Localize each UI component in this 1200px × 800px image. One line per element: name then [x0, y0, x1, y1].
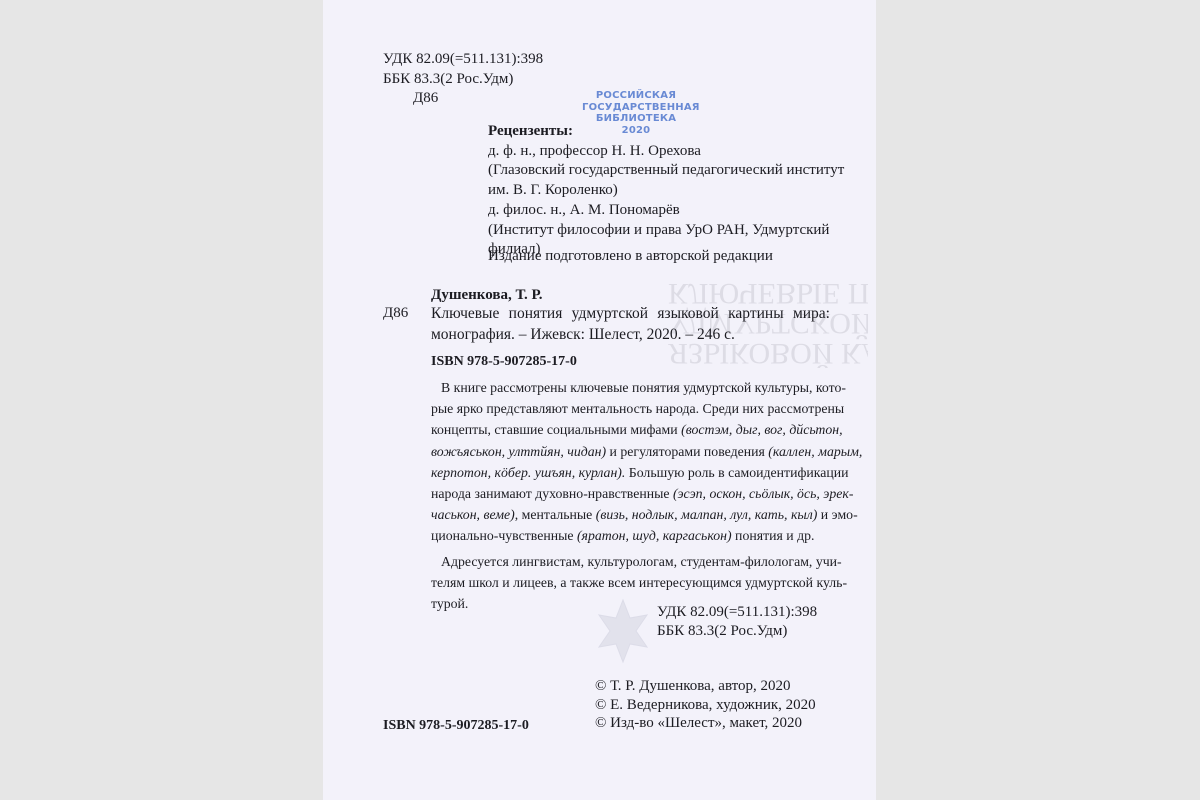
text: концепты, ставшие социальными мифами	[431, 422, 681, 437]
reviewer-line: (Глазовский государственный педагогическ…	[488, 161, 844, 181]
stamp-line: ГОСУДАРСТВЕННАЯ	[582, 102, 690, 114]
annotation-line: телям школ и лицеев, а также всем интере…	[431, 572, 829, 593]
reviewer-line: (Институт философии и права УрО РАН, Удм…	[488, 221, 844, 241]
annotation-line: народа занимают духовно-нравственные (эс…	[431, 483, 829, 504]
udmurt-terms: (востэм, дыг, вог, дйсьтон,	[681, 422, 843, 437]
edition-note: Издание подготовлено в авторской редакци…	[488, 246, 773, 267]
reviewers-block: Рецензенты: д. ф. н., профессор Н. Н. Ор…	[488, 122, 844, 260]
reviewer-line: д. ф. н., профессор Н. Н. Орехова	[488, 142, 844, 162]
stamp-line: РОССИЙСКАЯ	[582, 90, 690, 102]
annotation: В книге рассмотрены ключевые понятия удм…	[431, 377, 829, 614]
udmurt-star-icon	[596, 598, 650, 664]
annotation-line: рые ярко представляют ментальность народ…	[431, 398, 829, 419]
udmurt-terms: вожъяськон, улттйян, чидан)	[431, 444, 606, 459]
isbn-bottom: ISBN 978-5-907285-17-0	[383, 716, 529, 737]
reviewer-line: д. филос. н., А. М. Пономарёв	[488, 201, 844, 221]
udk-top: УДК 82.09(=511.131):398	[383, 49, 543, 70]
reviewers-heading: Рецензенты:	[488, 122, 844, 142]
annotation-line: В книге рассмотрены ключевые понятия удм…	[431, 377, 829, 398]
udmurt-terms: (каллен, марым,	[768, 444, 862, 459]
text: и эмо-	[817, 507, 857, 522]
text: понятия и др.	[732, 528, 815, 543]
text: Большую роль в самоидентификации	[625, 465, 848, 480]
catalog-title-line2: монография. – Ижевск: Шелест, 2020. – 24…	[431, 324, 735, 345]
udmurt-terms: (визь, нодлык, малпан, лул, кать, кыл)	[596, 507, 818, 522]
bbk-bottom: ББК 83.3(2 Рос.Удм)	[657, 621, 787, 642]
reviewer-line: им. В. Г. Короленко)	[488, 181, 844, 201]
udmurt-terms: часькон, веме)	[431, 507, 515, 522]
text: ционально-чувственные	[431, 528, 577, 543]
udk-bottom: УДК 82.09(=511.131):398	[657, 602, 817, 623]
udmurt-terms: керпотон, кöбер. ушъян, курлан).	[431, 465, 625, 480]
catalog-code: Д86	[383, 303, 408, 324]
text: , ментальные	[515, 507, 596, 522]
udmurt-terms: (яратон, шуд, каргаськон)	[577, 528, 732, 543]
annotation-line: концепты, ставшие социальными мифами (во…	[431, 419, 829, 440]
text: народа занимают духовно-нравственные	[431, 486, 673, 501]
catalog-title-line1: Ключевые понятия удмуртской языковой кар…	[431, 303, 830, 324]
annotation-line: вожъяськон, улттйян, чидан) и регулятора…	[431, 441, 829, 462]
annotation-line: Адресуется лингвистам, культурологам, ст…	[431, 551, 829, 572]
annotation-line: керпотон, кöбер. ушъян, курлан). Большую…	[431, 462, 829, 483]
text: и регуляторами поведения	[606, 444, 768, 459]
annotation-line: часькон, веме), ментальные (визь, нодлык…	[431, 504, 829, 525]
pencil-mark: ˊ	[565, 565, 568, 576]
udmurt-terms: (эсэп, оскон, сьöлык, öсь, эрек-	[673, 486, 853, 501]
bbk-top: ББК 83.3(2 Рос.Удм)	[383, 69, 513, 90]
annotation-paragraph-1: В книге рассмотрены ключевые понятия удм…	[431, 377, 829, 547]
author-mark-top: Д86	[413, 88, 438, 109]
catalog-isbn: ISBN 978-5-907285-17-0	[431, 352, 577, 373]
annotation-line: ционально-чувственные (яратон, шуд, карг…	[431, 525, 829, 546]
copyright-author: © Т. Р. Душенкова, автор, 2020	[595, 676, 791, 697]
copyright-publisher: © Изд-во «Шелест», макет, 2020	[595, 713, 802, 734]
